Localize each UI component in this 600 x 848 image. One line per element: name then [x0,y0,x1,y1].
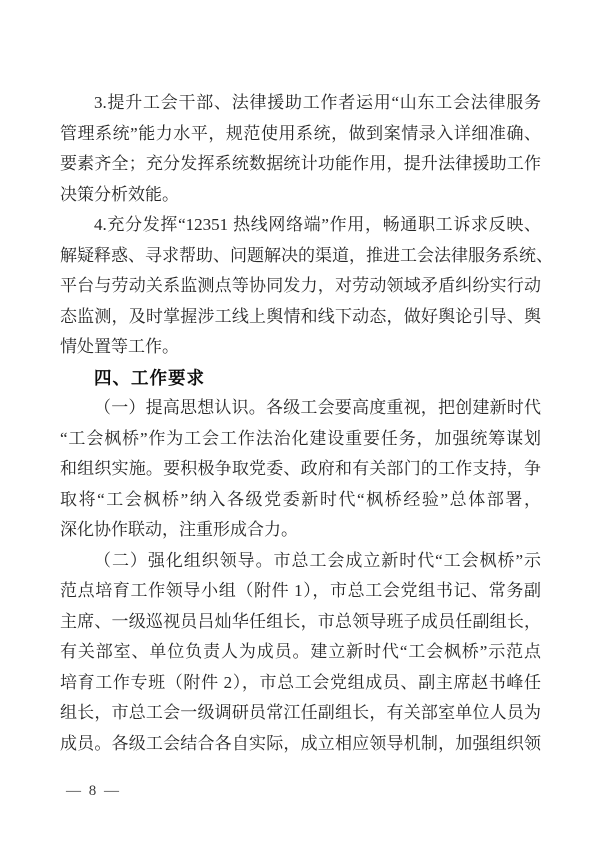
text-line: （一）提高思想认识。各级工会要高度重视，把创建新时代 [60,393,541,424]
paragraph-item-3: 3.提升工会干部、法律援助工作者运用“山东工会法律服务 管理系统”能力水平，规范… [60,88,541,210]
paragraph-subsection-2: （二）强化组织领导。市总工会成立新时代“工会枫桥”示 范点培育工作领导小组（附件… [60,546,541,760]
text-line: 有关部室、单位负责人为成员。建立新时代“工会枫桥”示范点 [60,637,541,668]
text-line: 组长，市总工会一级调研员常江任副组长，有关部室单位人员为 [60,698,541,729]
text-line: 3.提升工会干部、法律援助工作者运用“山东工会法律服务 [60,88,541,119]
text-line: 决策分析效能。 [60,180,541,211]
text-line: 4.充分发挥“12351 热线网络端”作用，畅通职工诉求反映、 [60,210,541,241]
text-line: 管理系统”能力水平，规范使用系统，做到案情录入详细准确、 [60,119,541,150]
text-line: （二）强化组织领导。市总工会成立新时代“工会枫桥”示 [60,546,541,577]
text-line: 情处置等工作。 [60,332,541,363]
text-line: 和组织实施。要积极争取党委、政府和有关部门的工作支持，争 [60,454,541,485]
section-heading: 四、工作要求 [60,363,541,394]
document-page: 3.提升工会干部、法律援助工作者运用“山东工会法律服务 管理系统”能力水平，规范… [0,0,600,848]
text-line: 态监测，及时掌握涉工线上舆情和线下动态，做好舆论引导、舆 [60,302,541,333]
page-number: — 8 — [66,783,121,800]
text-line: 要素齐全；充分发挥系统数据统计功能作用，提升法律援助工作 [60,149,541,180]
text-line: 主席、一级巡视员吕灿华任组长，市总领导班子成员任副组长， [60,607,541,638]
paragraph-item-4: 4.充分发挥“12351 热线网络端”作用，畅通职工诉求反映、 解疑释惑、寻求帮… [60,210,541,363]
text-line: 深化协作联动，注重形成合力。 [60,515,541,546]
text-line: 培育工作专班（附件 2），市总工会党组成员、副主席赵书峰任 [60,668,541,699]
text-line: 解疑释惑、寻求帮助、问题解决的渠道，推进工会法律服务系统、 [60,241,541,272]
text-line: 取将“工会枫桥”纳入各级党委新时代“枫桥经验”总体部署， [60,485,541,516]
text-line: 平台与劳动关系监测点等协同发力，对劳动领域矛盾纠纷实行动 [60,271,541,302]
text-line: “工会枫桥”作为工会工作法治化建设重要任务，加强统筹谋划 [60,424,541,455]
paragraph-subsection-1: （一）提高思想认识。各级工会要高度重视，把创建新时代 “工会枫桥”作为工会工作法… [60,393,541,546]
document-body: 3.提升工会干部、法律援助工作者运用“山东工会法律服务 管理系统”能力水平，规范… [60,88,541,759]
text-line: 范点培育工作领导小组（附件 1），市总工会党组书记、常务副 [60,576,541,607]
text-line: 成员。各级工会结合各自实际，成立相应领导机制，加强组织领 [60,729,541,760]
